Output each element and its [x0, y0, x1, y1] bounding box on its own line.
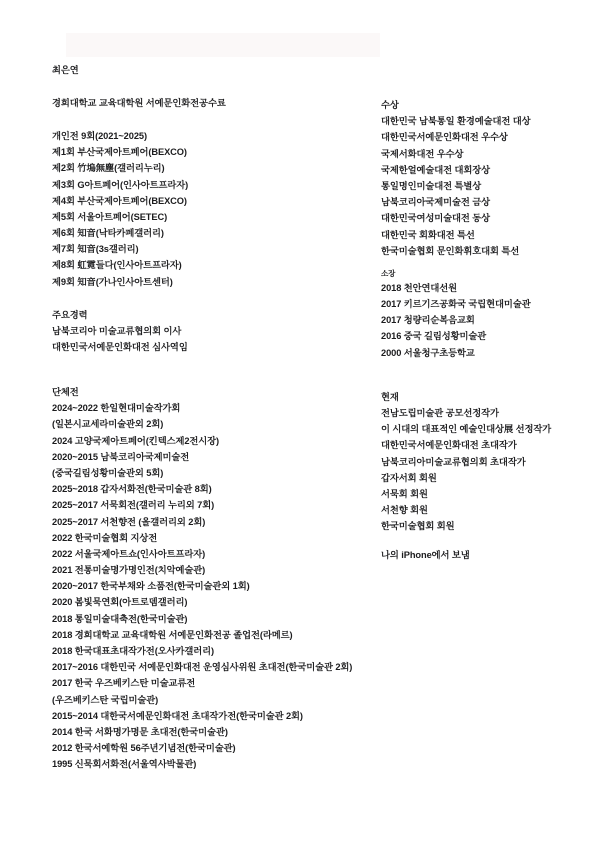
- collection-item: 2000 서울청구초등학교: [381, 345, 591, 361]
- award-item: 대한민국서예문인화대전 우수상: [381, 129, 591, 145]
- awards-title: 수상: [381, 97, 591, 113]
- current-list: 전남도립미술관 공모선정작가이 시대의 대표적인 예술인대상展 선정작가대한민국…: [381, 405, 591, 535]
- artist-name: 최은연: [52, 62, 382, 78]
- solo-exhibition-item: 제9회 知音(가나인사아트센터): [52, 274, 382, 290]
- solo-exhibitions-section: 개인전 9회(2021~2025) 제1회 부산국제아트페어(BEXCO)제2회…: [52, 128, 382, 290]
- career-title: 주요경력: [52, 307, 382, 323]
- current-status-item: 서묵회 회원: [381, 486, 591, 502]
- faded-highlight-band: [66, 33, 380, 57]
- career-list: 남북코리아 미술교류협의회 이사대한민국서예문인화대전 심사역임: [52, 323, 382, 355]
- award-item: 한국미술협회 문인화휘호대회 특선: [381, 243, 591, 259]
- solo-exhibition-item: 제5회 서울아트페어(SETEC): [52, 209, 382, 225]
- group-exhibition-item: 2018 통일미술대축전(한국미술관): [52, 611, 382, 627]
- current-status-item: 서천향 회원: [381, 502, 591, 518]
- group-exhibition-item: 1995 신묵회서화전(서울역사박물관): [52, 756, 382, 772]
- group-exhibition-item: 2025~2017 서천향전 (올갤러리외 2회): [52, 514, 382, 530]
- solo-exhibition-item: 제4회 부산국제아트페어(BEXCO): [52, 193, 382, 209]
- career-item: 남북코리아 미술교류협의회 이사: [52, 323, 382, 339]
- group-exhibition-item: 2015~2014 대한국서예문인화대전 초대작가전(한국미술관 2회): [52, 708, 382, 724]
- award-item: 대한민국 남북통일 환경예술대전 대상: [381, 113, 591, 129]
- group-exhibitions-title: 단체전: [52, 384, 382, 400]
- award-item: 대한민국여성미술대전 동상: [381, 210, 591, 226]
- group-exhibition-item: 2017~2016 대한민국 서예문인화대전 운영심사위원 초대전(한국미술관 …: [52, 659, 382, 675]
- group-exhibition-item: 2012 한국서예학원 56주년기념전(한국미술관): [52, 740, 382, 756]
- solo-exhibition-item: 제2회 竹塢無塵(갤러리누리): [52, 160, 382, 176]
- career-section: 주요경력 남북코리아 미술교류협의회 이사대한민국서예문인화대전 심사역임: [52, 307, 382, 356]
- solo-exhibition-item: 제1회 부산국제아트페어(BEXCO): [52, 144, 382, 160]
- career-item: 대한민국서예문인화대전 심사역임: [52, 339, 382, 355]
- current-status-item: 남북코리아미술교류협의회 초대작가: [381, 454, 591, 470]
- group-exhibition-item: (일본시교세라미술관외 2회): [52, 416, 382, 432]
- current-status-item: 갑자서회 회원: [381, 470, 591, 486]
- group-exhibition-item: (중국길림성황미술관외 5회): [52, 465, 382, 481]
- group-exhibition-item: 2025~2018 갑자서화전(한국미술관 8회): [52, 481, 382, 497]
- collection-item: 2017 청량리순복음교회: [381, 312, 591, 328]
- solo-exhibition-item: 제6회 知音(낙타카페갤러리): [52, 225, 382, 241]
- solo-exhibitions-title: 개인전 9회(2021~2025): [52, 128, 382, 144]
- solo-exhibition-item: 제8회 虹霓들다(인사아트프라자): [52, 257, 382, 273]
- group-exhibitions-list: 2024~2022 한일현대미술작가회(일본시교세라미술관외 2회)2024 고…: [52, 400, 382, 772]
- group-exhibition-item: 2018 경희대학교 교육대학원 서예문인화전공 졸업전(라메르): [52, 627, 382, 643]
- collection-item: 2018 천안연대선원: [381, 280, 591, 296]
- award-item: 국제서화대전 우수상: [381, 146, 591, 162]
- document-page: 최은연 경희대학교 교육대학원 서예문인화전공수료 개인전 9회(2021~20…: [0, 0, 600, 848]
- group-exhibition-item: 2025~2017 서묵회전(갤러리 누리외 7회): [52, 497, 382, 513]
- signature-block: 나의 iPhone에서 보냄: [381, 547, 591, 563]
- collection-item: 2017 키르기즈공화국 국립현대미술관: [381, 296, 591, 312]
- left-column: 최은연 경희대학교 교육대학원 서예문인화전공수료 개인전 9회(2021~20…: [52, 62, 382, 773]
- group-exhibitions-section: 단체전 2024~2022 한일현대미술작가회(일본시교세라미술관외 2회)20…: [52, 384, 382, 773]
- group-exhibition-item: 2024 고양국제아트페어(킨텍스제2전시장): [52, 433, 382, 449]
- current-title: 현재: [381, 389, 591, 405]
- group-exhibition-item: 2018 한국대표초대작가전(오사카갤러리): [52, 643, 382, 659]
- education-block: 경희대학교 교육대학원 서예문인화전공수료: [52, 95, 382, 111]
- collection-item: 2016 중국 길림성황미술관: [381, 328, 591, 344]
- group-exhibition-item: 2022 한국미술협회 지상전: [52, 530, 382, 546]
- education-line: 경희대학교 교육대학원 서예문인화전공수료: [52, 95, 382, 111]
- solo-exhibition-item: 제7회 知音(3s갤러리): [52, 241, 382, 257]
- award-item: 통일명인미술대전 특별상: [381, 178, 591, 194]
- current-status-item: 대한민국서예문인화대전 초대작가: [381, 437, 591, 453]
- award-item: 남북코리아국제미술전 금상: [381, 194, 591, 210]
- group-exhibition-item: 2014 한국 서화명가명문 초대전(한국미술관): [52, 724, 382, 740]
- current-section: 현재 전남도립미술관 공모선정작가이 시대의 대표적인 예술인대상展 선정작가대…: [381, 389, 591, 535]
- group-exhibition-item: (우즈베키스탄 국립미술관): [52, 692, 382, 708]
- award-item: 대한민국 회화대전 특선: [381, 227, 591, 243]
- right-column: 수상 대한민국 남북통일 환경예술대전 대상대한민국서예문인화대전 우수상국제서…: [381, 97, 591, 563]
- awards-list: 대한민국 남북통일 환경예술대전 대상대한민국서예문인화대전 우수상국제서화대전…: [381, 113, 591, 259]
- group-exhibition-item: 2020~2017 한국부채와 소품전(한국미술관외 1회): [52, 578, 382, 594]
- collections-title: 소장: [381, 268, 591, 280]
- current-status-item: 전남도립미술관 공모선정작가: [381, 405, 591, 421]
- solo-exhibitions-list: 제1회 부산국제아트페어(BEXCO)제2회 竹塢無塵(갤러리누리)제3회 G아…: [52, 144, 382, 290]
- current-status-item: 이 시대의 대표적인 예술인대상展 선정작가: [381, 421, 591, 437]
- group-exhibition-item: 2020 봄빛묵연회(아트로뎀갤러리): [52, 594, 382, 610]
- current-status-item: 한국미술협회 회원: [381, 518, 591, 534]
- awards-section: 수상 대한민국 남북통일 환경예술대전 대상대한민국서예문인화대전 우수상국제서…: [381, 97, 591, 259]
- award-item: 국제한얼예술대전 대회장상: [381, 162, 591, 178]
- group-exhibition-item: 2021 전통미술명가명인전(치악예술관): [52, 562, 382, 578]
- collections-list: 2018 천안연대선원2017 키르기즈공화국 국립현대미술관2017 청량리순…: [381, 280, 591, 361]
- collections-section: 소장 2018 천안연대선원2017 키르기즈공화국 국립현대미술관2017 청…: [381, 268, 591, 361]
- group-exhibition-item: 2024~2022 한일현대미술작가회: [52, 400, 382, 416]
- group-exhibition-item: 2022 서울국제아트쇼(인사아트프라자): [52, 546, 382, 562]
- group-exhibition-item: 2017 한국 우즈베키스탄 미술교류전: [52, 675, 382, 691]
- group-exhibition-item: 2020~2015 남북코리아국제미술전: [52, 449, 382, 465]
- solo-exhibition-item: 제3회 G아트페어(인사아트프라자): [52, 177, 382, 193]
- sent-from-iphone-signature: 나의 iPhone에서 보냄: [381, 547, 591, 563]
